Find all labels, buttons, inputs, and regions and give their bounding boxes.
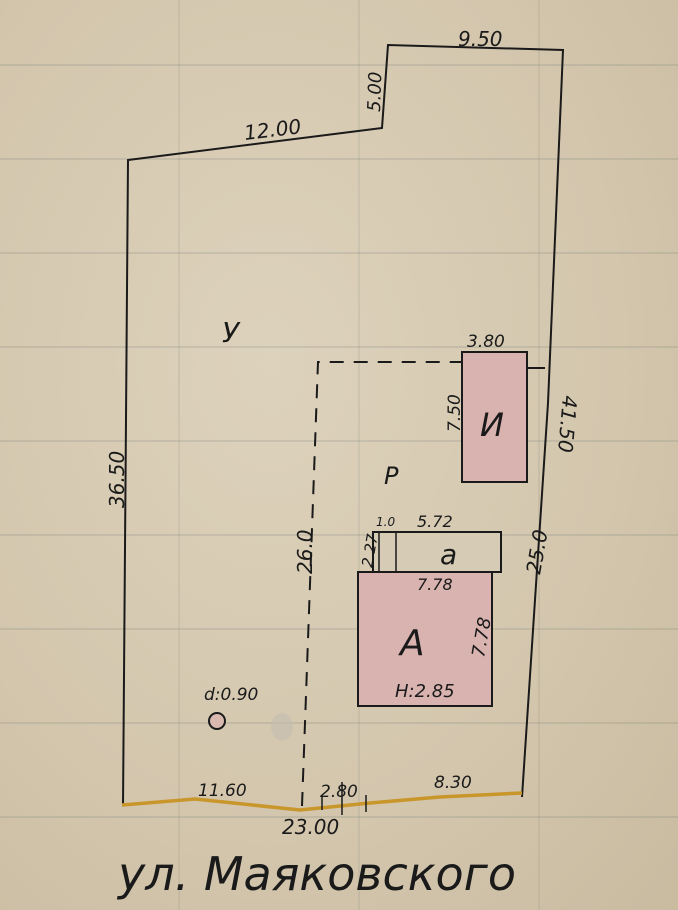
annex-porch: 1.0 [376, 515, 395, 529]
outbuilding-letter: И [480, 406, 504, 444]
dim-bottom-total: 23.00 [282, 815, 339, 839]
outbuilding-width: 3.80 [467, 332, 505, 352]
house-height: Н:2.85 [395, 681, 455, 702]
dim-bottom-right: 8.30 [434, 773, 472, 793]
outbuilding-depth: 7.50 [445, 394, 465, 432]
house-width: 7.78 [417, 575, 453, 594]
stain-mark [271, 713, 293, 741]
dim-top-left: 12.00 [243, 114, 303, 145]
well-icon [209, 713, 225, 729]
yard-label: Р [384, 462, 399, 490]
dim-inner-left: 26.0 [293, 529, 317, 574]
house-letter: А [398, 623, 425, 664]
dim-left: 36.50 [105, 451, 129, 508]
dim-right: 41.50 [553, 395, 582, 454]
dim-bottom-mid: 2.80 [320, 782, 358, 802]
annex-building [373, 532, 501, 572]
street-name: ул. Маяковского [116, 847, 516, 901]
well-label: d:0.90 [204, 685, 258, 705]
annex-width: 5.72 [417, 512, 453, 531]
dim-step: 5.00 [364, 71, 386, 112]
dim-inner-right: 25.0 [521, 528, 552, 576]
plot-label: У [222, 316, 241, 349]
annex-letter: а [440, 538, 457, 571]
dim-top-right: 9.50 [458, 27, 503, 51]
site-plan: 9.50 5.00 12.00 36.50 41.50 26.0 25.0 У … [0, 0, 678, 910]
dim-bottom-left: 11.60 [198, 781, 247, 801]
